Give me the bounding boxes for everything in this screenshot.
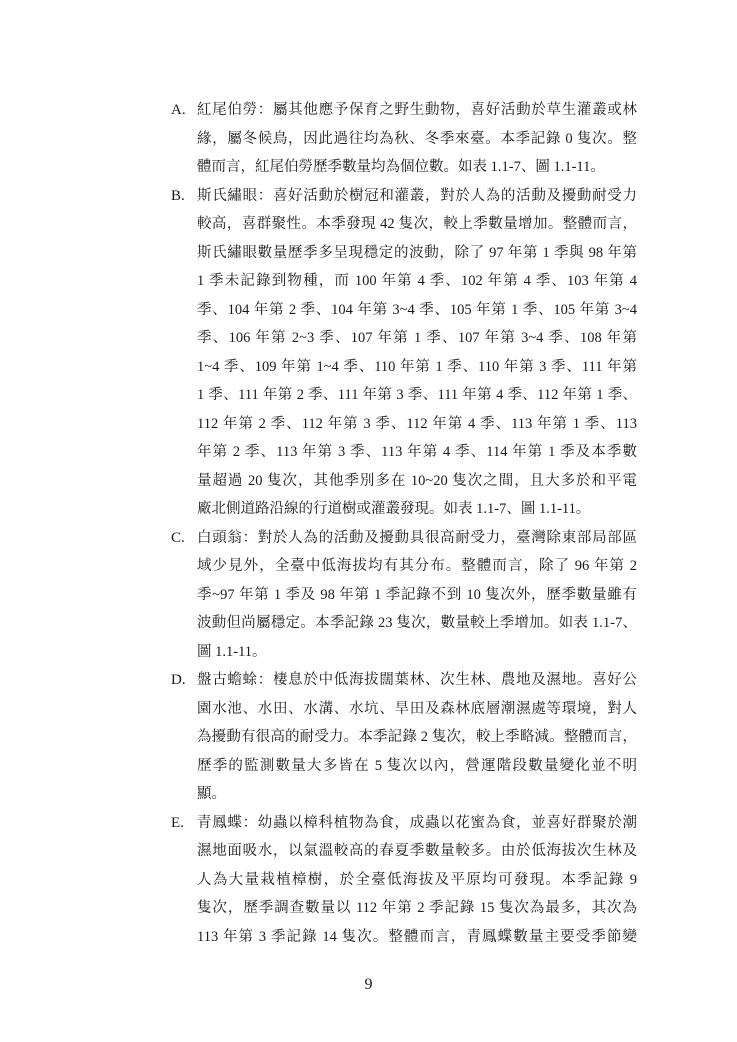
text-line: 113 年第 3 季記錄 14 隻次。整體而言，青鳳蝶數量主要受季節變 [197,923,637,952]
text-line: 1 季、111 年第 2 季、111 年第 3 季、111 年第 4 季、112… [197,381,637,410]
list-marker-d: D. [171,666,197,695]
list-item-c: C. 白頭翁：對於人為的活動及擾動具很高耐受力，臺灣除東部局部區 域少見外，全臺… [171,524,637,667]
text-line: 緣，屬冬候鳥，因此過往均為秋、冬季來臺。本季記錄 0 隻次。整 [197,125,637,154]
list-item-a: A. 紅尾伯勞：屬其他應予保育之野生動物，喜好活動於草生灌叢或林 緣，屬冬候鳥，… [171,96,637,182]
list-marker-a: A. [171,96,197,125]
text-line: 青鳳蝶：幼蟲以樟科植物為食，成蟲以花蜜為食，並喜好群聚於潮 [197,809,637,838]
paragraph-c: 白頭翁：對於人為的活動及擾動具很高耐受力，臺灣除東部局部區 域少見外，全臺中低海… [197,524,637,667]
page-number: 9 [0,974,737,996]
text-line: 112 年第 2 季、112 年第 3 季、112 年第 4 季、113 年第 … [197,410,637,439]
paragraph-b: 斯氏繡眼：喜好活動於樹冠和灌叢，對於人為的活動及擾動耐受力 較高，喜群聚性。本季… [197,182,637,524]
text-line: 隻次，歷季調查數量以 112 年第 2 季記錄 15 隻次為最多，其次為 [197,894,637,923]
paragraph-a: 紅尾伯勞：屬其他應予保育之野生動物，喜好活動於草生灌叢或林 緣，屬冬候鳥，因此過… [197,96,637,182]
text-line: 紅尾伯勞：屬其他應予保育之野生動物，喜好活動於草生灌叢或林 [197,96,637,125]
text-line: 歷季的監測數量大多皆在 5 隻次以內，營運階段數量變化並不明 [197,752,637,781]
list-item-e: E. 青鳳蝶：幼蟲以樟科植物為食，成蟲以花蜜為食，並喜好群聚於潮 濕地面吸水，以… [171,809,637,952]
paragraph-e: 青鳳蝶：幼蟲以樟科植物為食，成蟲以花蜜為食，並喜好群聚於潮 濕地面吸水，以氣溫較… [197,809,637,952]
list-item-b: B. 斯氏繡眼：喜好活動於樹冠和灌叢，對於人為的活動及擾動耐受力 較高，喜群聚性… [171,182,637,524]
list-item-d: D. 盤古蟾蜍：棲息於中低海拔闊葉林、次生林、農地及濕地。喜好公 園水池、水田、… [171,666,637,809]
text-line: 波動但尚屬穩定。本季記錄 23 隻次，數量較上季增加。如表 1.1-7、 [197,609,637,638]
text-line: 斯氏繡眼數量歷季多呈現穩定的波動，除了 97 年第 1 季與 98 年第 [197,239,637,268]
text-line: 盤古蟾蜍：棲息於中低海拔闊葉林、次生林、農地及濕地。喜好公 [197,666,637,695]
text-line: 年第 2 季、113 年第 3 季、113 年第 4 季、114 年第 1 季及… [197,438,637,467]
text-line: 域少見外，全臺中低海拔均有其分布。整體而言，除了 96 年第 2 [197,552,637,581]
page-body: A. 紅尾伯勞：屬其他應予保育之野生動物，喜好活動於草生灌叢或林 緣，屬冬候鳥，… [171,96,637,951]
text-line: 季、104 年第 2 季、104 年第 3~4 季、105 年第 1 季、105… [197,296,637,325]
list-marker-e: E. [171,809,197,838]
text-line: 人為大量栽植樟樹，於全臺低海拔及平原均可發現。本季記錄 9 [197,866,637,895]
text-line: 斯氏繡眼：喜好活動於樹冠和灌叢，對於人為的活動及擾動耐受力 [197,182,637,211]
text-line: 白頭翁：對於人為的活動及擾動具很高耐受力，臺灣除東部局部區 [197,524,637,553]
paragraph-d: 盤古蟾蜍：棲息於中低海拔闊葉林、次生林、農地及濕地。喜好公 園水池、水田、水溝、… [197,666,637,809]
text-line: 園水池、水田、水溝、水坑、旱田及森林底層潮濕處等環境，對人 [197,695,637,724]
text-line: 為擾動有很高的耐受力。本季記錄 2 隻次，較上季略減。整體而言， [197,723,637,752]
text-line: 體而言，紅尾伯勞歷季數量均為個位數。如表 1.1-7、圖 1.1-11。 [197,153,637,182]
text-line: 廠北側道路沿線的行道樹或灌叢發現。如表 1.1-7、圖 1.1-11。 [197,495,637,524]
text-line: 季、106 年第 2~3 季、107 年第 1 季、107 年第 3~4 季、1… [197,324,637,353]
text-line: 量超過 20 隻次，其他季別多在 10~20 隻次之間，且大多於和平電 [197,467,637,496]
document-page: A. 紅尾伯勞：屬其他應予保育之野生動物，喜好活動於草生灌叢或林 緣，屬冬候鳥，… [0,0,737,1042]
list-marker-b: B. [171,182,197,211]
text-line: 1 季未記錄到物種，而 100 年第 4 季、102 年第 4 季、103 年第… [197,267,637,296]
text-line: 季~97 年第 1 季及 98 年第 1 季記錄不到 10 隻次外，歷季數量雖有 [197,581,637,610]
text-line: 較高，喜群聚性。本季發現 42 隻次，較上季數量增加。整體而言， [197,210,637,239]
list-marker-c: C. [171,524,197,553]
text-line: 顯。 [197,780,637,809]
text-line: 濕地面吸水，以氣溫較高的春夏季數量較多。由於低海拔次生林及 [197,837,637,866]
text-line: 1~4 季、109 年第 1~4 季、110 年第 1 季、110 年第 3 季… [197,353,637,382]
text-line: 圖 1.1-11。 [197,638,637,667]
